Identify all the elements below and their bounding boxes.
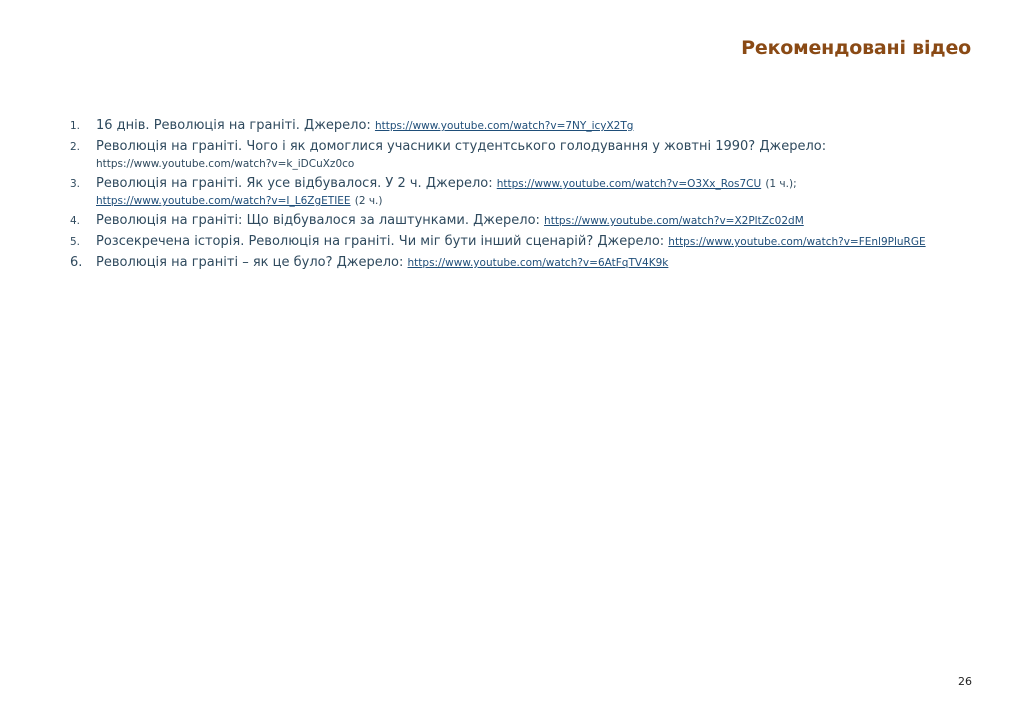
source-label: Джерело: (337, 255, 404, 270)
video-link-part-1[interactable]: https://www.youtube.com/watch?v=O3Xx_Ros… (497, 178, 761, 190)
item-number: 3. (70, 175, 80, 193)
video-title: Революція на граніті – як це було? (96, 255, 332, 270)
item-number: 4. (70, 212, 80, 230)
video-link[interactable]: https://www.youtube.com/watch?v=FEnl9Plu… (668, 236, 925, 248)
video-title: Революція на граніті. Чого і як домоглис… (96, 139, 755, 154)
video-title: Революція на граніті: Що відбувалося за … (96, 213, 469, 228)
source-label: Джерело: (304, 118, 371, 133)
source-label: Джерело: (597, 234, 664, 249)
page-title: Рекомендовані відео (741, 37, 971, 59)
video-title: 16 днів. Революція на граніті. (96, 118, 300, 133)
video-link[interactable]: https://www.youtube.com/watch?v=X2PltZc0… (544, 215, 804, 227)
video-link[interactable]: https://www.youtube.com/watch?v=7NY_icyX… (375, 120, 633, 132)
list-item: 2. Революція на граніті. Чого і як домог… (70, 138, 990, 172)
video-link[interactable]: https://www.youtube.com/watch?v=6AtFqTV4… (408, 257, 669, 269)
list-item: 6. Революція на граніті – як це було? Дж… (70, 254, 990, 272)
list-item: 4. Революція на граніті: Що відбувалося … (70, 212, 990, 230)
list-item: 5. Розсекречена історія. Революція на гр… (70, 233, 990, 251)
source-label: Джерело: (426, 176, 493, 191)
part-note: (1 ч.); (765, 178, 796, 190)
video-title: Революція на граніті. Як усе відбувалося… (96, 176, 422, 191)
recommended-video-list: 1. 16 днів. Революція на граніті. Джерел… (70, 117, 990, 275)
video-url[interactable]: https://www.youtube.com/watch?v=k_iDCuXz… (96, 158, 354, 170)
page-number: 26 (958, 675, 972, 688)
video-title: Розсекречена історія. Революція на грані… (96, 234, 593, 249)
item-number: 2. (70, 138, 80, 156)
list-item: 1. 16 днів. Революція на граніті. Джерел… (70, 117, 990, 135)
source-label: Джерело: (473, 213, 540, 228)
item-number: 5. (70, 233, 80, 251)
source-label: Джерело: (759, 139, 826, 154)
item-number: 1. (70, 117, 80, 135)
part-note: (2 ч.) (355, 195, 383, 207)
list-item: 3. Революція на граніті. Як усе відбувал… (70, 175, 990, 209)
video-link-part-2[interactable]: https://www.youtube.com/watch?v=I_L6ZgET… (96, 195, 351, 207)
item-number: 6. (70, 254, 82, 272)
